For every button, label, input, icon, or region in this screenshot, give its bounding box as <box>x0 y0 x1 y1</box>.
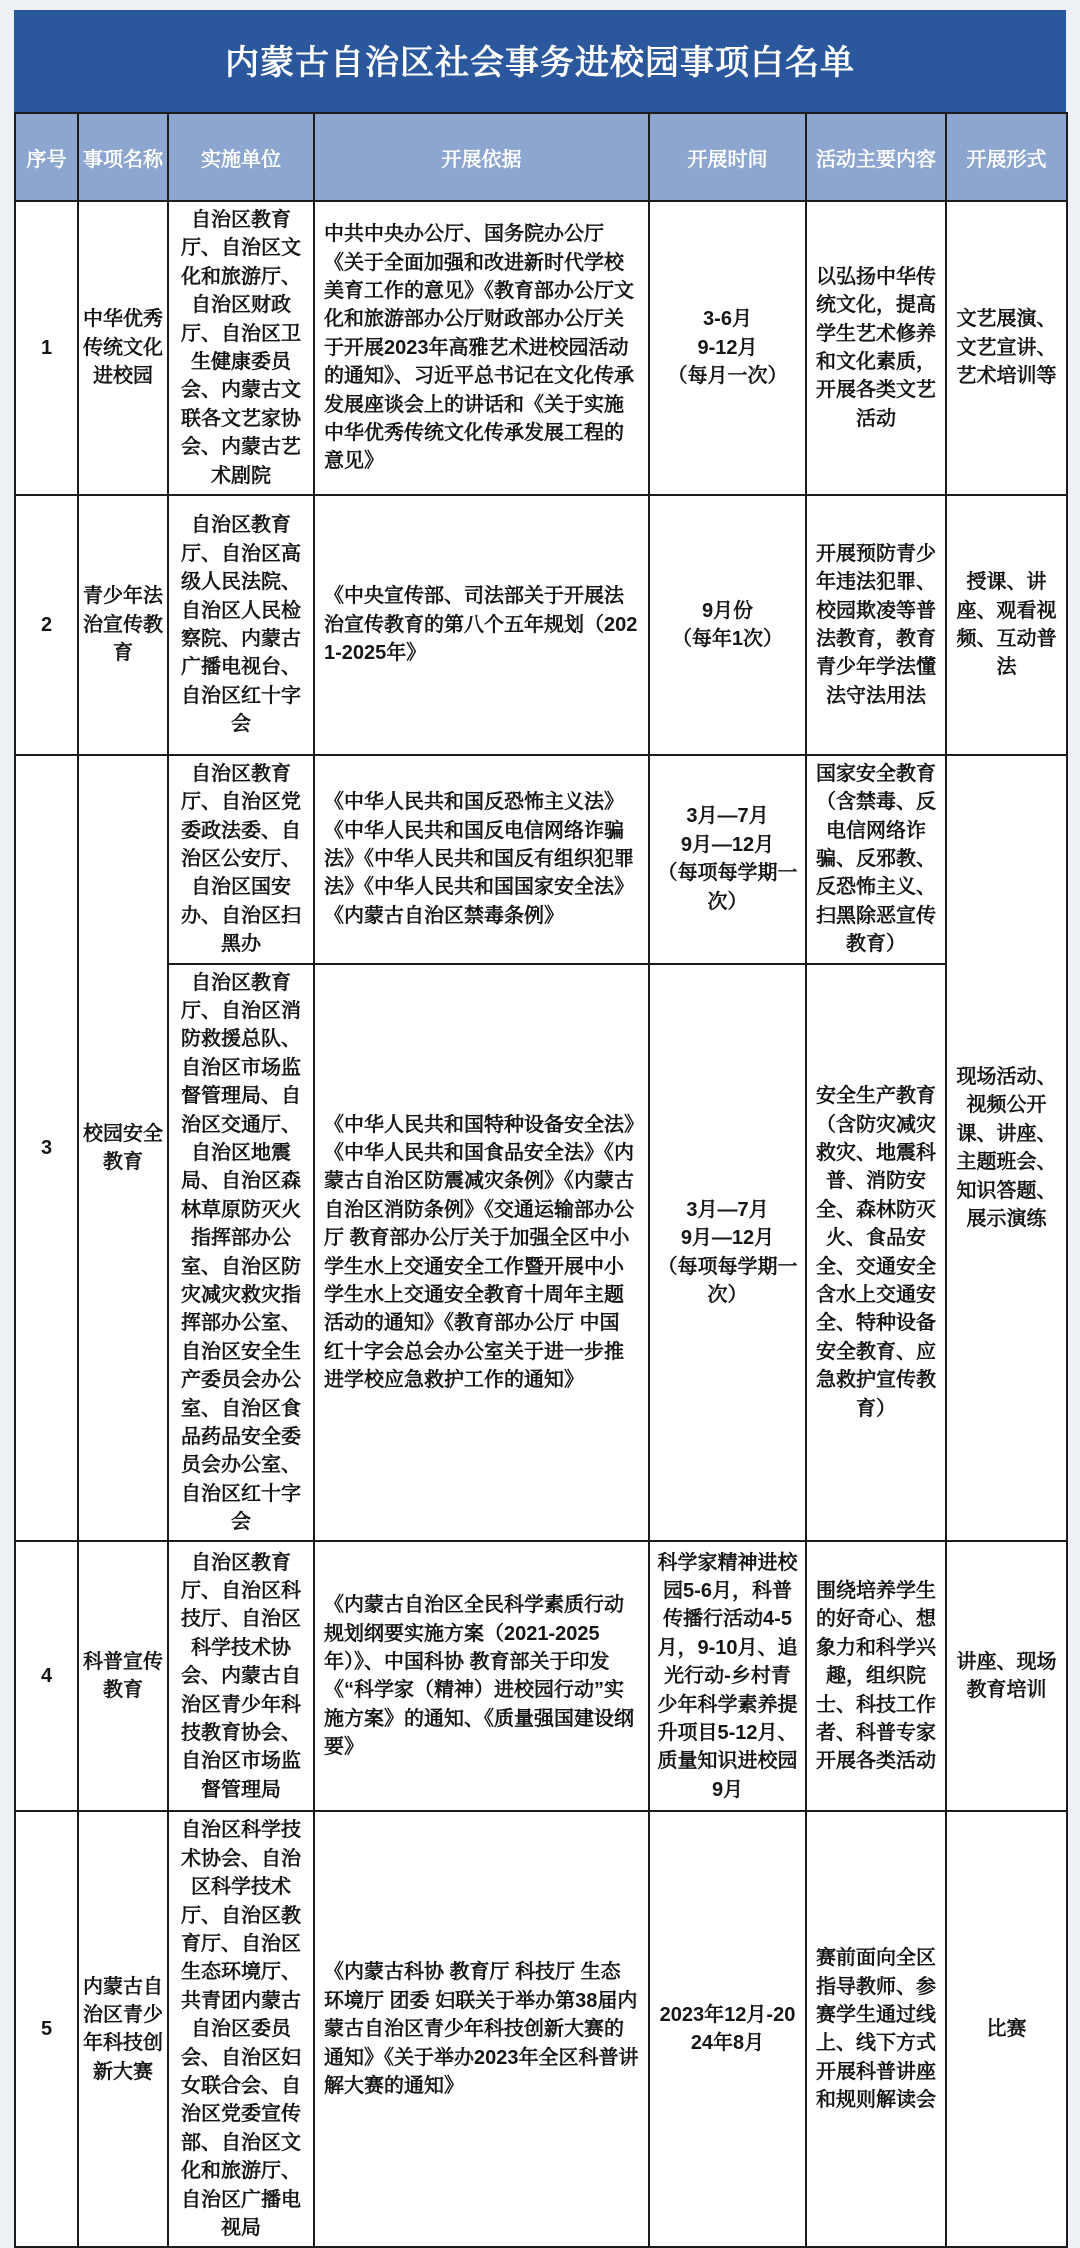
cell-form: 现场活动、视频公开课、讲座、主题班会、知识答题、展示演练 <box>946 755 1067 1542</box>
cell-form: 授课、讲座、观看视频、互动普法 <box>946 495 1067 755</box>
cell-name: 科普宣传教育 <box>78 1541 168 1811</box>
cell-time: 9月份 （每年1次） <box>649 495 806 755</box>
cell-name: 校园安全教育 <box>78 755 168 1542</box>
table-row: 2 青少年法治宣传教育 自治区教育厅、自治区高级人民法院、自治区人民检察院、内蒙… <box>15 495 1067 755</box>
table-row: 1 中华优秀传统文化进校园 自治区教育厅、自治区文化和旅游厅、自治区财政厅、自治… <box>15 201 1067 495</box>
cell-unit: 自治区科学技术协会、自治区科学技术厅、自治区教育厅、自治区生态环境厅、共青团内蒙… <box>168 1811 314 2247</box>
cell-time: 3-6月 9-12月 （每月一次） <box>649 201 806 495</box>
document-page: 内蒙古自治区社会事务进校园事项白名单 序号 事项名称 实施单位 开展依据 开展时… <box>14 0 1066 2248</box>
cell-unit: 自治区教育厅、自治区党委政法委、自治区公安厅、自治区国安办、自治区扫黑办 <box>168 755 314 964</box>
cell-time: 科学家精神进校园5-6月，科普传播行活动4-5月，9-10月、追光行动-乡村青少… <box>649 1541 806 1811</box>
cell-no: 2 <box>15 495 78 755</box>
column-header-content: 活动主要内容 <box>806 113 946 201</box>
header-row: 序号 事项名称 实施单位 开展依据 开展时间 活动主要内容 开展形式 <box>15 113 1067 201</box>
table-subrow: 自治区教育厅、自治区消防救援总队、自治区市场监督管理局、自治区交通厅、自治区地震… <box>15 964 1067 1542</box>
page-title: 内蒙古自治区社会事务进校园事项白名单 <box>14 10 1066 112</box>
cell-unit: 自治区教育厅、自治区高级人民法院、自治区人民检察院、内蒙古广播电视台、自治区红十… <box>168 495 314 755</box>
column-header-no: 序号 <box>15 113 78 201</box>
cell-name: 青少年法治宣传教育 <box>78 495 168 755</box>
cell-basis: 《内蒙古科协 教育厅 科技厅 生态环境厅 团委 妇联关于举办第38届内蒙古自治区… <box>314 1811 649 2247</box>
cell-content: 围绕培养学生的好奇心、想象力和科学兴趣，组织院士、科技工作者、科普专家开展各类活… <box>806 1541 946 1811</box>
cell-form: 文艺展演、文艺宣讲、艺术培训等 <box>946 201 1067 495</box>
table-row: 3 校园安全教育 自治区教育厅、自治区党委政法委、自治区公安厅、自治区国安办、自… <box>15 755 1067 964</box>
column-header-time: 开展时间 <box>649 113 806 201</box>
cell-name: 中华优秀传统文化进校园 <box>78 201 168 495</box>
cell-no: 1 <box>15 201 78 495</box>
table-row: 5 内蒙古自治区青少年科技创新大赛 自治区科学技术协会、自治区科学技术厅、自治区… <box>15 1811 1067 2247</box>
cell-basis: 《中华人民共和国反恐怖主义法》《中华人民共和国反电信网络诈骗法》《中华人民共和国… <box>314 755 649 964</box>
cell-content: 以弘扬中华传统文化，提高学生艺术修养和文化素质，开展各类文艺活动 <box>806 201 946 495</box>
cell-content: 安全生产教育（含防灾减灾救灾、地震科普、消防安全、森林防灭火、食品安全、交通安全… <box>806 964 946 1542</box>
column-header-name: 事项名称 <box>78 113 168 201</box>
cell-content: 赛前面向全区指导教师、参赛学生通过线上、线下方式开展科普讲座和规则解读会 <box>806 1811 946 2247</box>
column-header-basis: 开展依据 <box>314 113 649 201</box>
cell-no: 5 <box>15 1811 78 2247</box>
cell-no: 4 <box>15 1541 78 1811</box>
table-row: 4 科普宣传教育 自治区教育厅、自治区科技厅、自治区科学技术协会、内蒙古自治区青… <box>15 1541 1067 1811</box>
column-header-unit: 实施单位 <box>168 113 314 201</box>
cell-basis: 《中央宣传部、司法部关于开展法治宣传教育的第八个五年规划（2021-2025年》 <box>314 495 649 755</box>
column-header-form: 开展形式 <box>946 113 1067 201</box>
cell-basis: 《内蒙古自治区全民科学素质行动规划纲要实施方案（2021-2025年）》、中国科… <box>314 1541 649 1811</box>
cell-time: 2023年12月-2024年8月 <box>649 1811 806 2247</box>
cell-unit: 自治区教育厅、自治区文化和旅游厅、自治区财政厅、自治区卫生健康委员会、内蒙古文联… <box>168 201 314 495</box>
cell-content: 国家安全教育（含禁毒、反电信网络诈骗、反邪教、反恐怖主义、扫黑除恶宣传教育） <box>806 755 946 964</box>
cell-basis: 中共中央办公厅、国务院办公厅《关于全面加强和改进新时代学校美育工作的意见》《教育… <box>314 201 649 495</box>
cell-time: 3月—7月 9月—12月 （每项每学期一次） <box>649 964 806 1542</box>
cell-content: 开展预防青少年违法犯罪、校园欺凌等普法教育，教育青少年学法懂法守法用法 <box>806 495 946 755</box>
cell-unit: 自治区教育厅、自治区消防救援总队、自治区市场监督管理局、自治区交通厅、自治区地震… <box>168 964 314 1542</box>
cell-basis: 《中华人民共和国特种设备安全法》《中华人民共和国食品安全法》《内蒙古自治区防震减… <box>314 964 649 1542</box>
cell-unit: 自治区教育厅、自治区科技厅、自治区科学技术协会、内蒙古自治区青少年科技教育协会、… <box>168 1541 314 1811</box>
cell-form: 讲座、现场教育培训 <box>946 1541 1067 1811</box>
cell-no: 3 <box>15 755 78 1542</box>
cell-time: 3月—7月 9月—12月 （每项每学期一次） <box>649 755 806 964</box>
cell-form: 比赛 <box>946 1811 1067 2247</box>
cell-name: 内蒙古自治区青少年科技创新大赛 <box>78 1811 168 2247</box>
whitelist-table: 序号 事项名称 实施单位 开展依据 开展时间 活动主要内容 开展形式 1 中华优… <box>14 112 1068 2248</box>
